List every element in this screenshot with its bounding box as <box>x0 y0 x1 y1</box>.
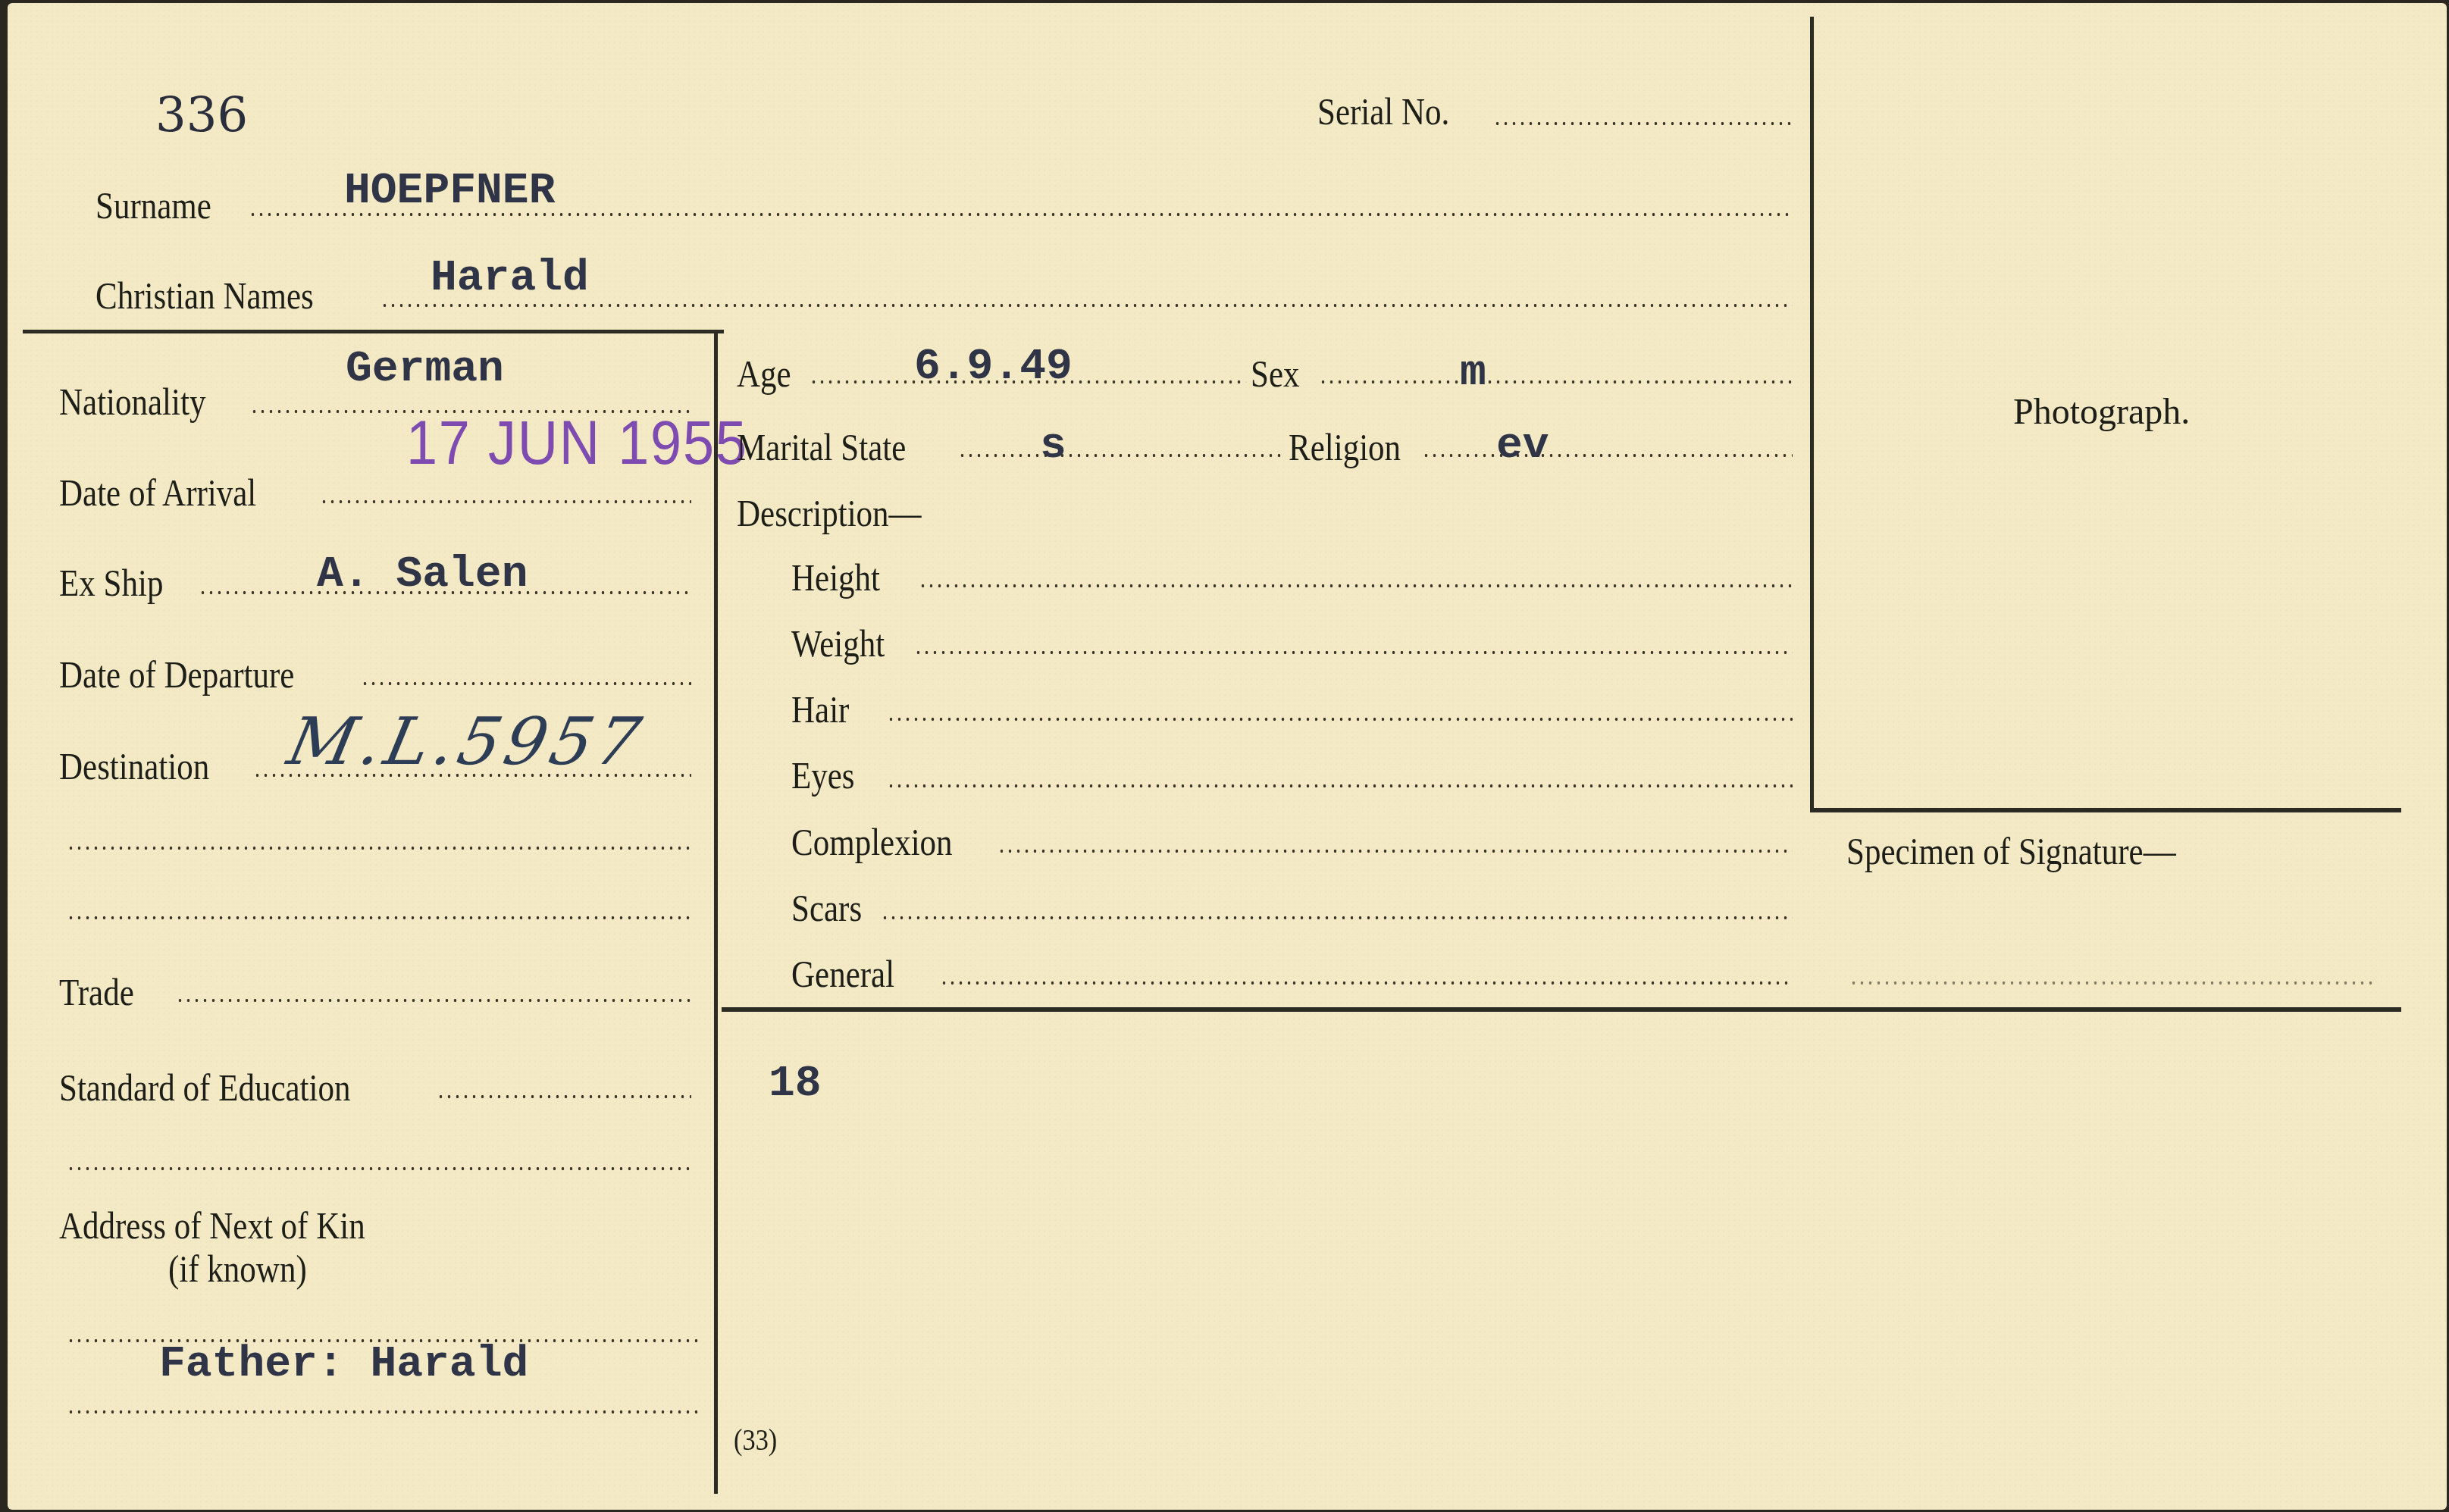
footer-code: (33) <box>734 1425 777 1455</box>
complexion-label: Complexion <box>791 823 953 861</box>
christian-names-label: Christian Names <box>96 277 314 315</box>
weight-label: Weight <box>791 625 885 662</box>
sex-value: m <box>1460 352 1486 396</box>
christian-names-value: Harald <box>431 257 589 301</box>
marital-state-field[interactable] <box>958 453 1284 458</box>
left-column-divider <box>714 330 718 1494</box>
nationality-value: German <box>346 348 504 392</box>
next-of-kin-value: Father: Harald <box>159 1343 528 1387</box>
date-of-arrival-label: Date of Arrival <box>59 474 256 512</box>
christian-names-field[interactable] <box>381 303 1793 308</box>
card-number: 336 <box>155 88 248 144</box>
signature-label: Specimen of Signature— <box>1846 832 2176 870</box>
registration-card: 336 Serial No. Surname HOEPFNER Christia… <box>8 3 2447 1510</box>
sex-label: Sex <box>1251 355 1300 393</box>
photo-box-divider <box>1810 17 1814 812</box>
age-label: Age <box>737 355 791 393</box>
standard-of-education-label: Standard of Education <box>59 1069 351 1107</box>
height-field[interactable] <box>919 584 1793 588</box>
eyes-field[interactable] <box>887 784 1793 788</box>
scars-field[interactable] <box>881 916 1793 920</box>
religion-field[interactable] <box>1422 453 1793 458</box>
hair-field[interactable] <box>887 717 1793 722</box>
date-of-departure-label: Date of Departure <box>59 656 294 693</box>
height-label: Height <box>791 559 880 596</box>
weight-field[interactable] <box>914 650 1793 655</box>
description-heading: Description— <box>737 494 922 532</box>
general-field[interactable] <box>940 981 1793 985</box>
destination-value: M.L.5957 <box>283 709 650 775</box>
trade-field[interactable] <box>176 998 691 1003</box>
sex-field[interactable] <box>1319 380 1793 384</box>
surname-value: HOEPFNER <box>344 170 555 214</box>
scars-label: Scars <box>791 889 862 927</box>
eyes-label: Eyes <box>791 756 855 794</box>
arrival-date-stamp: 17 JUN 1955 <box>406 412 748 474</box>
marital-state-value: s <box>1040 424 1066 468</box>
extra-line-2[interactable] <box>67 916 691 920</box>
photo-box-bottom-rule <box>1810 808 2401 812</box>
standard-of-education-field[interactable] <box>437 1094 691 1099</box>
surname-label: Surname <box>96 186 211 224</box>
next-of-kin-sublabel: (if known) <box>168 1250 307 1288</box>
ex-ship-value: A. Salen <box>317 553 528 597</box>
serial-no-label: Serial No. <box>1317 92 1449 130</box>
extra-line-1[interactable] <box>67 846 691 850</box>
nationality-label: Nationality <box>59 383 205 421</box>
trade-label: Trade <box>59 973 134 1011</box>
complexion-field[interactable] <box>997 849 1793 853</box>
bottom-note: 18 <box>769 1060 822 1109</box>
serial-no-field[interactable] <box>1493 121 1793 126</box>
education-extra-line[interactable] <box>67 1166 691 1171</box>
marital-state-label: Marital State <box>737 428 906 466</box>
ex-ship-label: Ex Ship <box>59 564 163 602</box>
general-label: General <box>791 955 894 993</box>
date-of-arrival-field[interactable] <box>320 499 691 504</box>
destination-label: Destination <box>59 747 209 785</box>
photograph-area[interactable] <box>1816 20 2400 808</box>
date-of-departure-field[interactable] <box>361 681 691 686</box>
next-of-kin-field-2[interactable] <box>67 1410 699 1414</box>
religion-value: ev <box>1496 424 1549 468</box>
hair-label: Hair <box>791 690 849 728</box>
next-of-kin-label: Address of Next of Kin <box>59 1207 365 1244</box>
religion-label: Religion <box>1289 428 1401 466</box>
age-value: 6.9.49 <box>914 346 1073 390</box>
description-bottom-rule <box>722 1007 2401 1012</box>
signature-field[interactable] <box>1849 981 2376 985</box>
top-section-rule <box>23 330 724 333</box>
